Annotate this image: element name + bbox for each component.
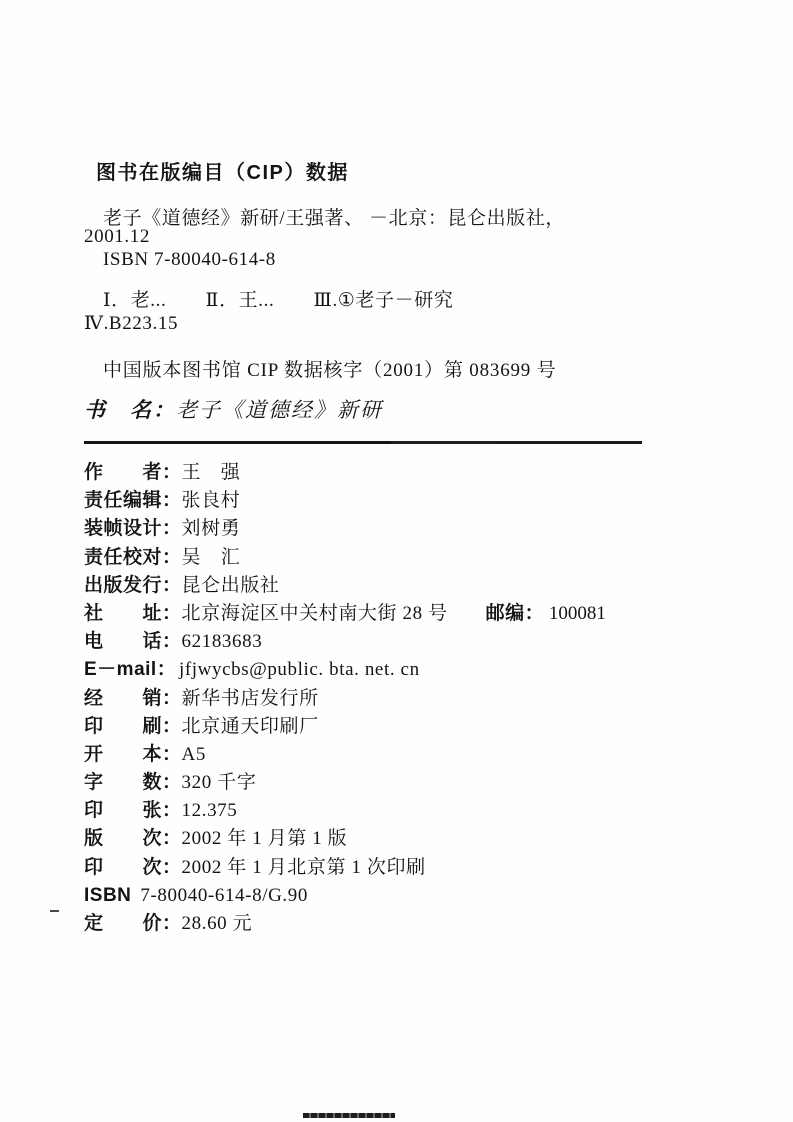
cip-isbn-line: ISBN 7-80040-614-8 [103,249,276,271]
scan-bottom-artifact [303,1113,395,1118]
colophon-row-label: 定 价： [84,910,182,938]
colophon-row-11: 字 数：320 千字 [84,769,744,797]
colophon-row-value: 北京通天印刷厂 [182,716,319,737]
colophon-row-4: 出版发行：昆仑出版社 [84,572,744,600]
colophon-row-value: 320 千字 [182,772,257,793]
colophon-row-15: ISBN7-80040-614-8/G.90 [84,882,744,910]
colophon-row-value: 2002 年 1 月第 1 版 [182,828,348,849]
colophon-row-5: 社 址：北京海淀区中关村南大街 28 号邮编： 100081 [84,600,744,628]
colophon-row-14: 印 次：2002 年 1 月北京第 1 次印刷 [84,854,744,882]
colophon-row-2: 装帧设计：刘树勇 [84,515,744,543]
colophon-row-3: 责任校对：吴 汇 [84,544,744,572]
colophon-row-value: 北京海淀区中关村南大街 28 号 [182,603,448,624]
colophon-row-label: E－mail： [84,656,179,684]
colophon-row-label: 开 本： [84,741,182,769]
colophon-row-extra-label: 邮编： [486,603,545,624]
colophon-row-1: 责任编辑：张良村 [84,487,744,515]
book-title-row: 书 名：老子《道德经》新研 [84,394,383,424]
cip-classification-line1: Ⅰ．老... Ⅱ．王... Ⅲ.①老子－研究 [103,285,453,312]
colophon-row-9: 印 刷：北京通天印刷厂 [84,713,744,741]
colophon-row-value: 62183683 [182,631,263,652]
cip-description-line2: 2001.12 [84,226,150,248]
colophon-row-value: 新华书店发行所 [182,688,319,709]
colophon-row-value: 张良村 [182,490,241,511]
colophon-row-value: 2002 年 1 月北京第 1 次印刷 [182,857,426,878]
colophon-row-value: 刘树勇 [182,518,241,539]
colophon-row-label: 印 刷： [84,713,182,741]
colophon-row-value: 昆仑出版社 [182,575,280,596]
cip-classification-line2: Ⅳ.B223.15 [84,312,178,335]
cip-record-number: 中国版本图书馆 CIP 数据核字（2001）第 083699 号 [103,355,556,382]
colophon-row-label: 印 次： [84,854,182,882]
colophon-row-label: 印 张： [84,797,182,825]
colophon-row-value: 7-80040-614-8/G.90 [140,885,308,906]
colophon-rows: 作 者：王 强 责任编辑：张良村 装帧设计：刘树勇 责任校对：吴 汇 出版发行：… [84,459,744,938]
colophon-row-value: A5 [182,744,206,765]
colophon-row-label: 责任校对： [84,544,182,572]
horizontal-rule [84,441,642,444]
colophon-row-7: E－mail：jfjwycbs@public. bta. net. cn [84,656,744,684]
book-title-label: 书 名： [84,398,176,422]
colophon-row-label: 装帧设计： [84,515,182,543]
colophon-row-label: 版 次： [84,825,182,853]
colophon-row-value: 王 强 [182,462,241,483]
colophon-row-12: 印 张：12.375 [84,797,744,825]
colophon-row-label: 字 数： [84,769,182,797]
book-title-value: 老子《道德经》新研 [176,398,383,422]
colophon-row-label: 责任编辑： [84,487,182,515]
colophon-row-label: 电 话： [84,628,182,656]
scan-speck-artifact [50,910,59,912]
colophon-row-label: 社 址： [84,600,182,628]
book-copyright-page: 图书在版编目（CIP）数据 老子《道德经》新研/王强著、 －北京：昆仑出版社， … [0,0,793,1122]
colophon-row-13: 版 次：2002 年 1 月第 1 版 [84,825,744,853]
colophon-row-16: 定 价：28.60 元 [84,910,744,938]
colophon-row-6: 电 话：62183683 [84,628,744,656]
cip-header: 图书在版编目（CIP）数据 [96,156,349,185]
colophon-row-value: 12.375 [182,800,238,821]
colophon-row-label: ISBN [84,882,131,910]
colophon-row-value: 吴 汇 [182,547,241,568]
colophon-row-value: jfjwycbs@public. bta. net. cn [179,659,420,680]
cip-description-line1: 老子《道德经》新研/王强著、 －北京：昆仑出版社， [103,203,565,230]
colophon-row-10: 开 本：A5 [84,741,744,769]
colophon-row-value: 28.60 元 [182,913,253,934]
colophon-row-label: 作 者： [84,459,182,487]
colophon-row-0: 作 者：王 强 [84,459,744,487]
colophon-row-8: 经 销：新华书店发行所 [84,685,744,713]
colophon-row-extra-value: 100081 [544,603,606,624]
colophon-row-label: 经 销： [84,685,182,713]
colophon-row-label: 出版发行： [84,572,182,600]
